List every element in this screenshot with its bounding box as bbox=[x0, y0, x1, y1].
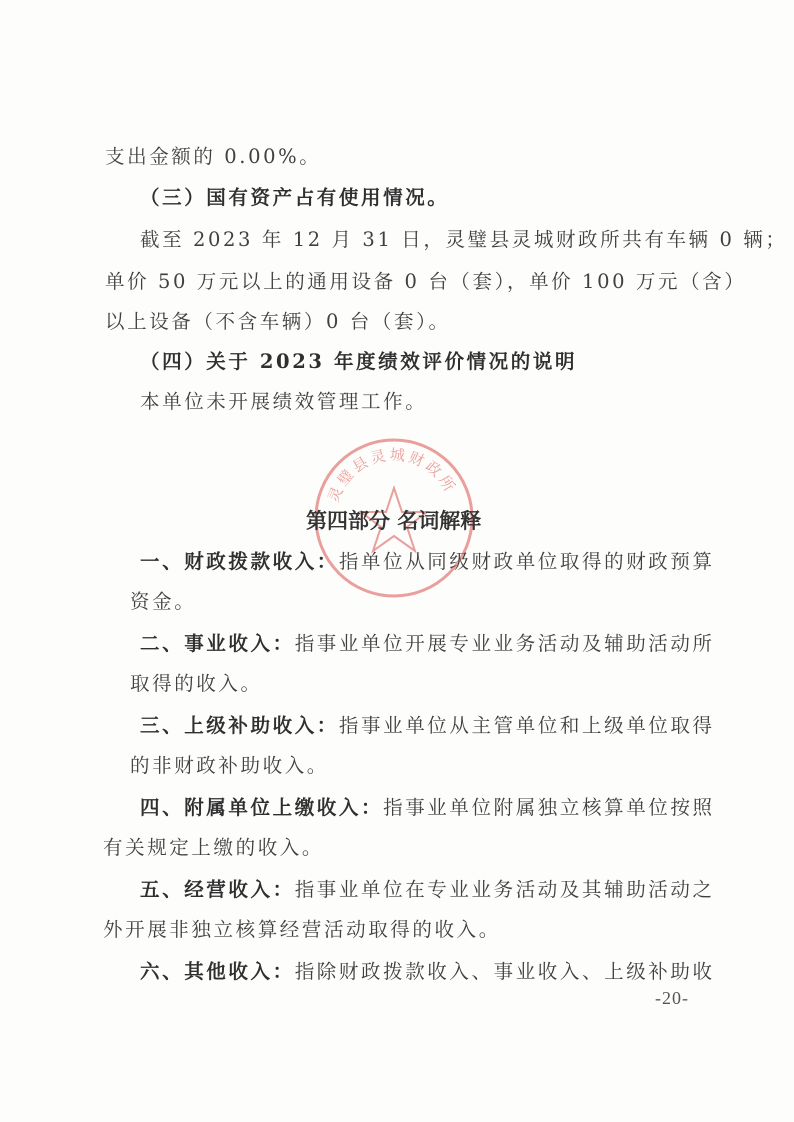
definition-text: 资金。 bbox=[130, 590, 196, 613]
definition-continuation: 有关规定上缴的收入。 bbox=[103, 836, 324, 860]
definition-continuation: 资金。 bbox=[130, 590, 196, 614]
definition-continuation: 的非财政补助收入。 bbox=[130, 754, 329, 778]
page-number: -20- bbox=[655, 988, 689, 1009]
definition-term: 一、财政拨款收入： bbox=[140, 550, 339, 573]
definition-item: 一、财政拨款收入：指单位从同级财政单位取得的财政预算 bbox=[140, 550, 715, 574]
svg-text:灵璧县灵城财政所: 灵璧县灵城财政所 bbox=[324, 446, 460, 505]
definition-continuation: 取得的收入。 bbox=[130, 672, 263, 696]
paragraph-line: 本单位未开展绩效管理工作。 bbox=[140, 390, 427, 414]
definition-item: 四、附属单位上缴收入：指事业单位附属独立核算单位按照 bbox=[140, 796, 715, 820]
definition-text: 指事业单位开展专业业务活动及辅助活动所 bbox=[295, 632, 715, 655]
section-heading: 第四部分 名词解释 bbox=[306, 508, 481, 534]
subheading-assets: （三）国有资产占有使用情况。 bbox=[140, 186, 449, 210]
definition-item: 六、其他收入：指除财政拨款收入、事业收入、上级补助收 bbox=[140, 960, 715, 984]
subheading-performance: （四）关于 2023 年度绩效评价情况的说明 bbox=[140, 350, 577, 374]
definition-term: 四、附属单位上缴收入： bbox=[140, 796, 383, 819]
paragraph-line: 支出金额的 0.00%。 bbox=[105, 145, 321, 169]
definition-term: 六、其他收入： bbox=[140, 960, 295, 983]
paragraph-line: 截至 2023 年 12 月 31 日，灵璧县灵城财政所共有车辆 0 辆； bbox=[140, 228, 787, 252]
definition-text: 指事业单位从主管单位和上级单位取得 bbox=[339, 714, 715, 737]
paragraph-line: 单价 50 万元以上的通用设备 0 台（套），单价 100 万元（含） bbox=[105, 270, 746, 294]
definition-text: 指除财政拨款收入、事业收入、上级补助收 bbox=[295, 960, 715, 983]
definition-item: 二、事业收入：指事业单位开展专业业务活动及辅助活动所 bbox=[140, 632, 715, 656]
definition-text: 指单位从同级财政单位取得的财政预算 bbox=[339, 550, 715, 573]
definition-term: 二、事业收入： bbox=[140, 632, 295, 655]
definition-text: 取得的收入。 bbox=[130, 672, 263, 695]
definition-text: 的非财政补助收入。 bbox=[130, 754, 329, 777]
definition-text: 有关规定上缴的收入。 bbox=[103, 836, 324, 859]
definition-text: 指事业单位在专业业务活动及其辅助活动之 bbox=[295, 878, 715, 901]
definition-term: 五、经营收入： bbox=[140, 878, 295, 901]
definition-item: 五、经营收入：指事业单位在专业业务活动及其辅助活动之 bbox=[140, 878, 715, 902]
paragraph-line: 以上设备（不含车辆）0 台（套）。 bbox=[105, 310, 451, 334]
definition-text: 外开展非独立核算经营活动取得的收入。 bbox=[103, 918, 501, 941]
definition-item: 三、上级补助收入：指事业单位从主管单位和上级单位取得 bbox=[140, 714, 715, 738]
definition-continuation: 外开展非独立核算经营活动取得的收入。 bbox=[103, 918, 501, 942]
document-page: 支出金额的 0.00%。 （三）国有资产占有使用情况。 截至 2023 年 12… bbox=[0, 0, 794, 1122]
definition-text: 指事业单位附属独立核算单位按照 bbox=[383, 796, 715, 819]
definition-term: 三、上级补助收入： bbox=[140, 714, 339, 737]
